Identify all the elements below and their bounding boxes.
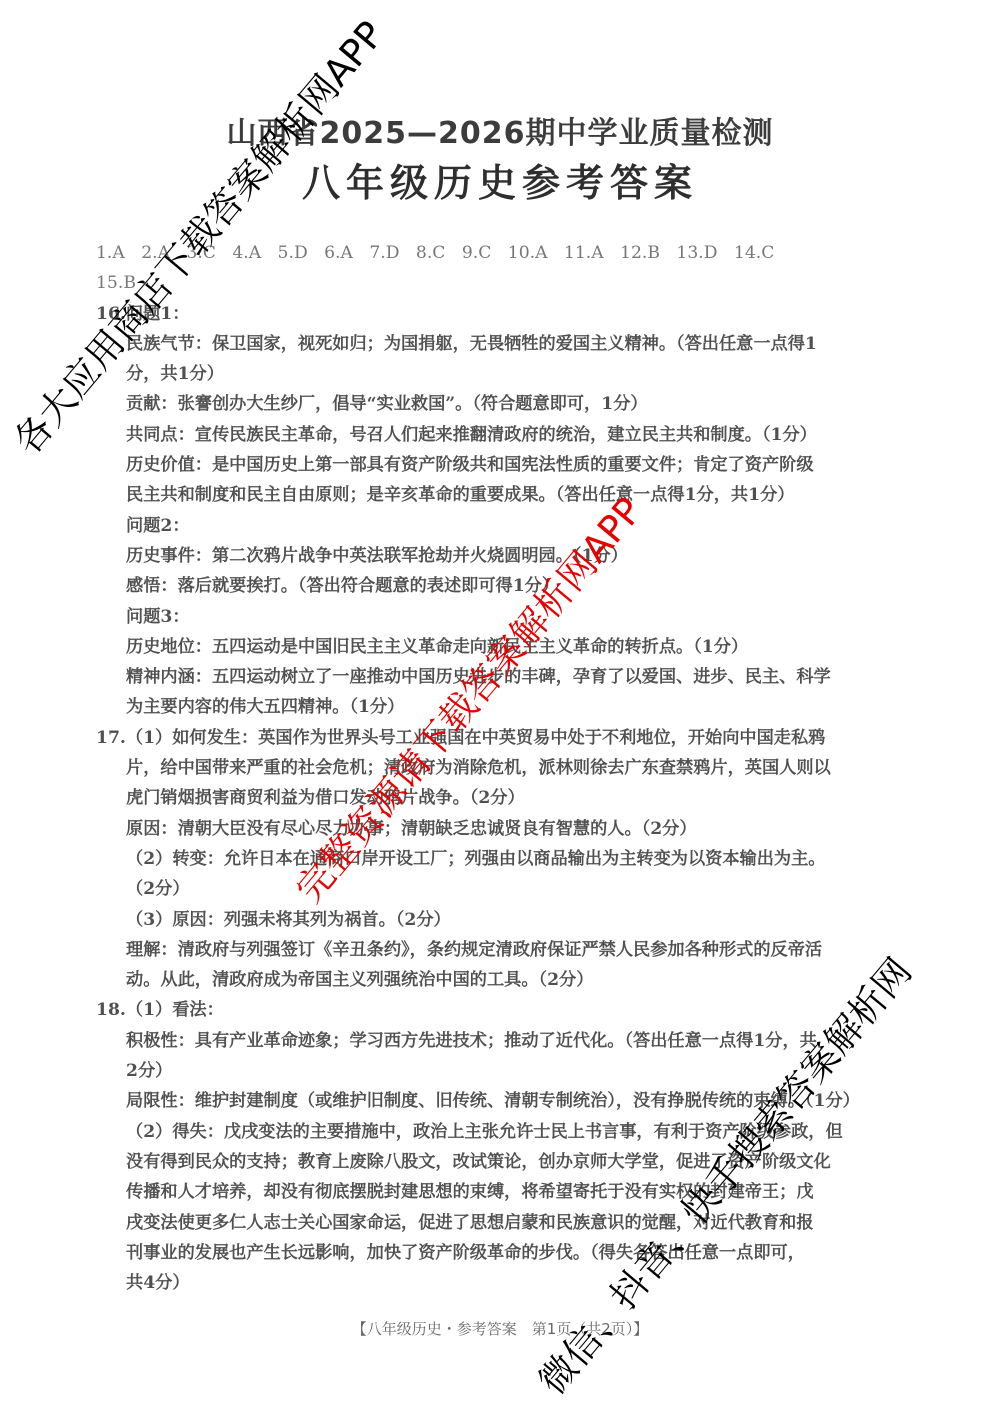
q17-line: 原因：清朝大臣没有尽心尽力办事；清朝缺乏忠诚贤良有智慧的人。（2分） (126, 814, 916, 844)
q16-line: 分，共1分） (126, 359, 916, 389)
q17-line: （2）转变：允许日本在通商口岸开设工厂；列强由以商品输出为主转变为以资本输出为主… (126, 844, 916, 874)
q18-first-line: 18.（1）看法： (96, 995, 916, 1025)
document-subtitle: 八年级历史参考答案 (0, 152, 1000, 207)
answer-body: 1.A 2.A 3.C 4.A 5.D 6.A 7.D 8.C 9.C 10.A… (96, 238, 916, 1298)
q17-line: （3）原因：列强未将其列为祸首。（2分） (126, 905, 916, 935)
q16-line: 历史事件：第二次鸦片战争中英法联军抢劫并火烧圆明园。（1分） (126, 541, 916, 571)
document-title: 山西省2025—2026期中学业质量检测 (0, 108, 1000, 152)
q16-line: 问题2： (126, 511, 916, 541)
q16-line: 历史价值：是中国历史上第一部具有资产阶级共和国宪法性质的重要文件；肯定了资产阶级 (126, 450, 916, 480)
q17-line: 片，给中国带来严重的社会危机；清政府为消除危机，派林则徐去广东查禁鸦片，英国人则… (126, 753, 916, 783)
q16-line: 贡献：张謇创办大生纱厂，倡导“实业救国”。（符合题意即可，1分） (126, 389, 916, 419)
q16-label: 16.问题1： (96, 299, 916, 329)
q17-line: 虎门销烟损害商贸利益为借口发动鸦片战争。（2分） (126, 783, 916, 813)
q18-line: 没有得到民众的支持；教育上废除八股文，改试策论，创办京师大学堂，促进了资产阶级文… (126, 1147, 916, 1177)
q18-line: 共4分） (126, 1268, 916, 1298)
q16-line: 民族气节：保卫国家，视死如归；为国捐躯，无畏牺牲的爱国主义精神。（答出任意一点得… (126, 329, 916, 359)
q17-line: 动。从此，清政府成为帝国主义列强统治中国的工具。（2分） (126, 965, 916, 995)
q16-line: 共同点：宣传民族民主革命，号召人们起来推翻清政府的统治，建立民主共和制度。（1分… (126, 420, 916, 450)
q18-line: 戌变法使更多仁人志士关心国家命运，促进了思想启蒙和民族意识的觉醒，对近代教育和报 (126, 1208, 916, 1238)
q17-line: （2分） (126, 874, 916, 904)
q18-line: 传播和人才培养，却没有彻底摆脱封建思想的束缚，将希望寄托于没有实权的封建帝王；戊 (126, 1177, 916, 1207)
q16-line: 为主要内容的伟大五四精神。（1分） (126, 692, 916, 722)
page-footer: 【八年级历史・参考答案 第1页（共2页）】 (0, 1318, 1000, 1339)
mc-answers-row-2: 15.B (96, 268, 916, 298)
q18-line: 刊事业的发展也产生长远影响，加快了资产阶级革命的步伐。（得失各答出任意一点即可， (126, 1238, 916, 1268)
q17-line: 理解：清政府与列强签订《辛丑条约》，条约规定清政府保证严禁人民参加各种形式的反帝… (126, 935, 916, 965)
q16-line: 民主共和制度和民主自由原则；是辛亥革命的重要成果。（答出任意一点得1分，共1分） (126, 480, 916, 510)
q17-first-line: 17.（1）如何发生：英国作为世界头号工业强国在中英贸易中处于不利地位，开始向中… (96, 723, 916, 753)
